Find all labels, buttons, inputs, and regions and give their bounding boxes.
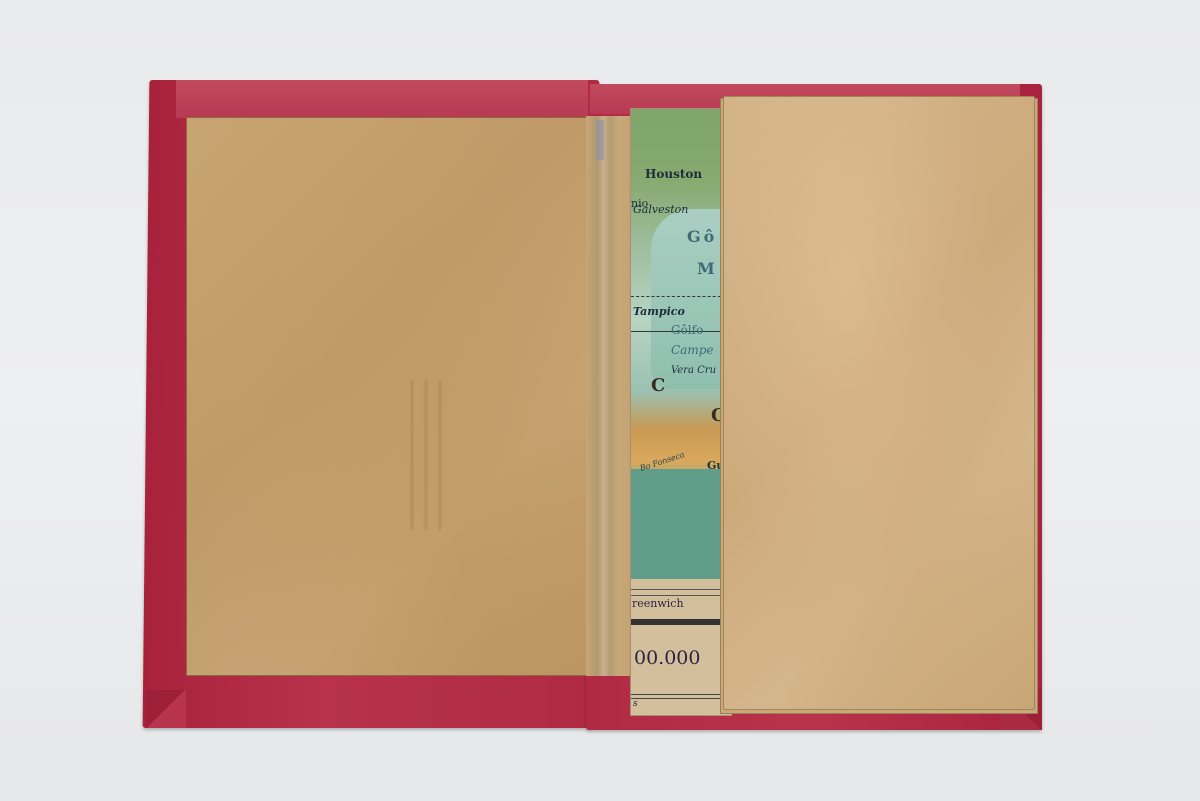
map-pacific-area [631,469,731,579]
map-label-tampico: Tampico [633,305,685,318]
map-label-golfo: Gôlfo [671,323,703,337]
folded-map[interactable]: nio Houston Galveston Gô M Tampico Gôlfo… [630,108,732,716]
pocket-flap[interactable] [723,96,1035,710]
spine-gap [596,120,604,160]
map-label-gulf-2: M [697,259,718,278]
map-dashed-line [631,296,731,297]
map-legend-strip: reenwich 00.000 s [631,579,731,715]
cover-edge-top-left [176,80,588,118]
foxing-stain [405,380,445,530]
greenwich-label: reenwich [632,597,684,610]
map-label-galveston: Galveston [633,203,688,216]
inner-board-left [186,117,588,676]
corner-fold-bottom-left [146,690,186,728]
map-label-vera-cruz: Vera Cru [671,365,716,376]
map-label-campeche: Campe [671,343,714,357]
folder-spine [586,116,630,676]
scale-bar [631,589,731,596]
legend-double-rule [631,694,731,699]
map-label-gulf-1: Gô [687,227,717,246]
corner-mark: s [633,699,638,709]
scale-ratio: 00.000 [634,647,700,669]
map-label-region-c: C [651,375,668,396]
map-label-houston: Houston [645,167,702,181]
legend-divider [631,619,731,625]
